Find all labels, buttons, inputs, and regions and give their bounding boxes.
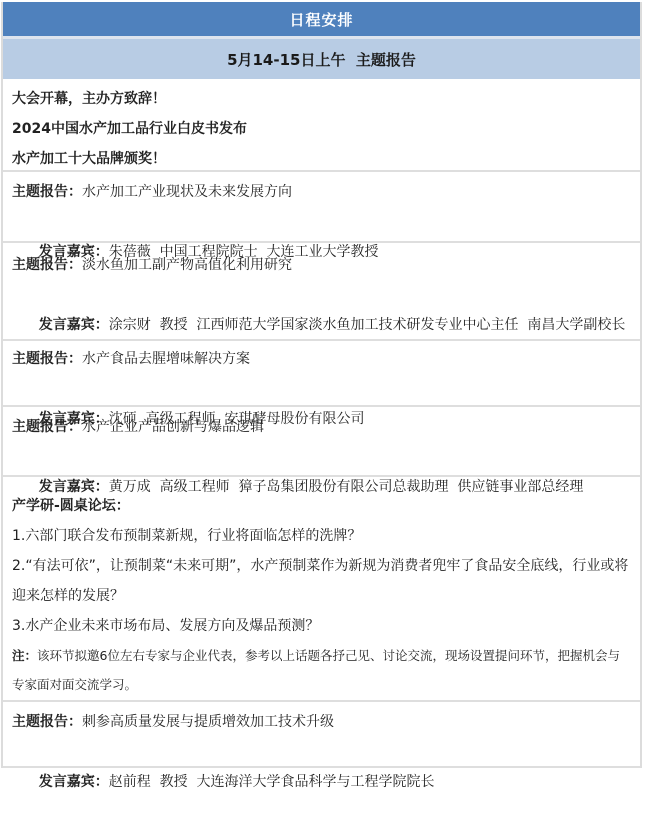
opening-row: 大会开幕，主办方致辞！ 2024中国水产加工品行业白皮书发布 水产加工十大品牌颁… (3, 79, 640, 172)
report-line: 主题报告：水产加工产业现状及未来发展方向 (12, 177, 632, 207)
report-line: 主题报告：水产食品去腥增味解决方案 (12, 344, 632, 374)
report-label: 主题报告： (12, 351, 82, 367)
forum-row: 产学研-圆桌论坛： 1.六部门联合发布预制菜新规，行业将面临怎样的洗牌？ 2.“… (3, 477, 640, 702)
report-title: 水产加工产业现状及未来发展方向 (82, 184, 292, 200)
schedule-table: 日程安排 5月14-15日上午 主题报告 大会开幕，主办方致辞！ 2024中国水… (1, 2, 642, 768)
report-label: 主题报告： (12, 184, 82, 200)
schedule-header: 日程安排 (3, 2, 640, 36)
speaker-label: 发言嘉宾： (39, 317, 109, 333)
forum-note: 注：该环节拟邀6位左右专家与企业代表，参考以上话题各抒己见、讨论交流，现场设置提… (12, 641, 632, 699)
forum-question: 3.水产企业未来市场布局、发展方向及爆品预测？ (12, 611, 632, 641)
speaker-line: 发言嘉宾：赵前程 教授 大连海洋大学食品科学与工程学院院长 (12, 737, 632, 771)
opening-line: 大会开幕，主办方致辞！ (12, 84, 632, 114)
opening-line: 2024中国水产加工品行业白皮书发布 (12, 114, 632, 144)
report-label: 主题报告： (12, 714, 82, 730)
speaker-info: 涂宗财 教授 江西师范大学国家淡水鱼加工技术研发专业中心主任 南昌大学副校长 (109, 317, 626, 333)
report-title: 水产企业产品创新与爆品逻辑 (82, 419, 264, 435)
opening-line: 水产加工十大品牌颁奖！ (12, 144, 632, 174)
session-date-header: 5月14-15日上午 主题报告 (3, 39, 640, 79)
schedule-title: 日程安排 (289, 9, 353, 30)
session-row: 主题报告：刺参高质量发展与提质增效加工技术升级 发言嘉宾：赵前程 教授 大连海洋… (3, 702, 640, 768)
session-row: 主题报告：水产食品去腥增味解决方案 发言嘉宾：沈硕 高级工程师 安琪酵母股份有限… (3, 341, 640, 407)
speaker-info: 黄万成 高级工程师 獐子岛集团股份有限公司总裁助理 供应链事业部总经理 (109, 479, 584, 495)
report-label: 主题报告： (12, 257, 82, 273)
forum-question: 2.“有法可依”，让预制菜“未来可期”，水产预制菜作为新规为消费者兜牢了食品安全… (12, 551, 632, 611)
report-line: 主题报告：刺参高质量发展与提质增效加工技术升级 (12, 707, 632, 737)
note-label: 注： (12, 648, 37, 663)
report-title: 水产食品去腥增味解决方案 (82, 351, 250, 367)
session-row: 主题报告：水产加工产业现状及未来发展方向 发言嘉宾：朱蓓薇 中国工程院院士 大连… (3, 172, 640, 243)
report-label: 主题报告： (12, 419, 82, 435)
note-text: 该环节拟邀6位左右专家与企业代表，参考以上话题各抒己见、讨论交流，现场设置提问环… (12, 648, 620, 692)
forum-question: 1.六部门联合发布预制菜新规，行业将面临怎样的洗牌？ (12, 521, 632, 551)
report-title: 淡水鱼加工副产物高值化利用研究 (82, 257, 292, 273)
session-date-title: 5月14-15日上午 主题报告 (227, 49, 416, 70)
report-title: 刺参高质量发展与提质增效加工技术升级 (82, 714, 334, 730)
